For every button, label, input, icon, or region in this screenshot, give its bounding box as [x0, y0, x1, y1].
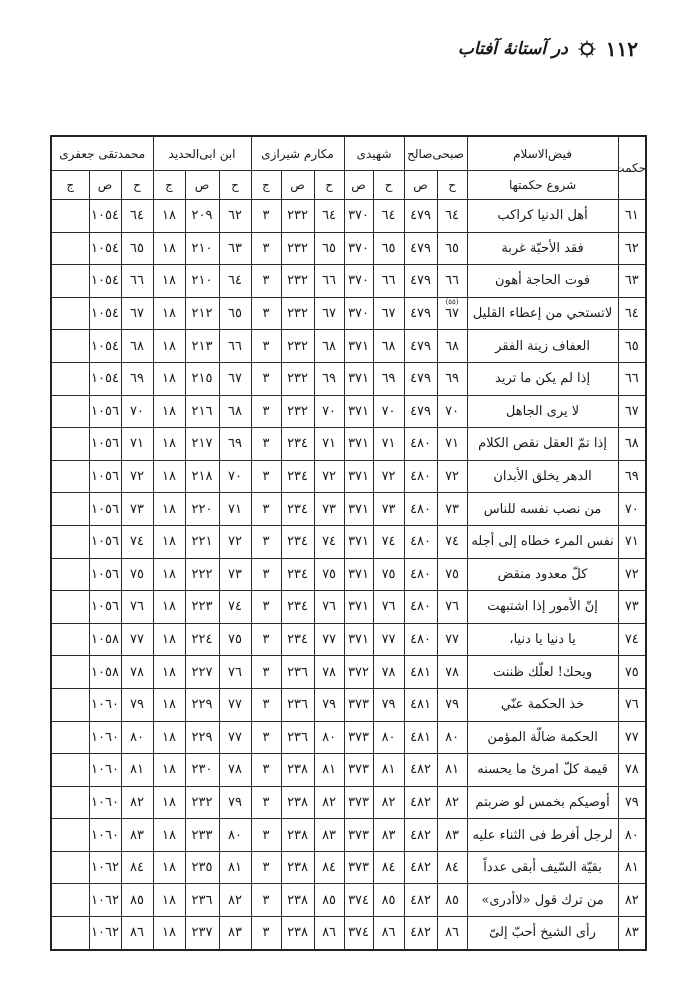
iah-s-cell: ٢١٧: [185, 428, 219, 461]
jafari-h-cell: ٧٦: [121, 591, 153, 624]
jafari-h-cell: ٨٣: [121, 819, 153, 852]
hikmat-title: نفس المرء خطاه إلى أجله: [467, 525, 618, 558]
shahidi-h-cell: ٧٤: [373, 525, 404, 558]
iah-s-cell: ٢١٠: [185, 232, 219, 265]
sobhi-s-cell: ٤٧٩: [404, 200, 437, 233]
jafari-h-cell: ٧٥: [121, 558, 153, 591]
makarem-h-cell: ٨١: [314, 754, 344, 787]
iah-s-cell: ٢٢٤: [185, 623, 219, 656]
table-row: ٦٤ لاتستحي من إعطاء القليل ٦٧(٥٥) ٤٧٩ ٦٧…: [51, 297, 646, 330]
hikmat-number: ٦٥: [618, 330, 646, 363]
hikmat-title: الحكمة ضالّة المؤمن: [467, 721, 618, 754]
iah-h-cell: ٧٧: [219, 721, 251, 754]
shahidi-h-cell: ٧٣: [373, 493, 404, 526]
iah-s-cell: ٢٢٩: [185, 721, 219, 754]
sobhi-s-cell: ٤٨٠: [404, 428, 437, 461]
iah-s-cell: ٢٣٣: [185, 819, 219, 852]
hikmat-number: ٧٥: [618, 656, 646, 689]
makarem-s-cell: ٢٣٨: [281, 917, 314, 950]
iah-j-cell: ١٨: [153, 884, 185, 917]
sobhi-header: صبحی‌صالح: [404, 136, 467, 171]
iah-s-cell: ٢٢٧: [185, 656, 219, 689]
makarem-h-subheader: ح: [314, 171, 344, 200]
shahidi-h-cell: ٨٠: [373, 721, 404, 754]
shahidi-s-cell: ٣٧١: [344, 591, 373, 624]
shahidi-h-cell: ٧١: [373, 428, 404, 461]
makarem-h-cell: ٦٤: [314, 200, 344, 233]
makarem-j-cell: ٣: [251, 558, 281, 591]
shahidi-h-cell: ٦٦: [373, 265, 404, 298]
jafari-h-cell: ٧٢: [121, 460, 153, 493]
shahidi-s-cell: ٣٧٠: [344, 232, 373, 265]
makarem-s-cell: ٢٣٢: [281, 362, 314, 395]
shahidi-s-cell: ٣٧١: [344, 558, 373, 591]
shahidi-h-subheader: ح: [373, 171, 404, 200]
makarem-s-cell: ٢٣٦: [281, 688, 314, 721]
jafari-h-cell: ٧٣: [121, 493, 153, 526]
hikmat-title: يا دنيا يا دنيا،: [467, 623, 618, 656]
jafari-h-cell: ٧١: [121, 428, 153, 461]
jafari-h-cell: ٨١: [121, 754, 153, 787]
page-header: ١١٢ در آستانهٔ آفتاب: [458, 34, 638, 64]
sobhi-s-cell: ٤٨٠: [404, 591, 437, 624]
table-row: ٧٢ كلّ معدود منقض ٧٥ ٤٨٠ ٧٥ ٣٧١ ٧٥ ٢٣٤ ٣…: [51, 558, 646, 591]
hikmat-title: العفاف زينة الفقر: [467, 330, 618, 363]
iah-j-cell: ١٨: [153, 656, 185, 689]
iah-j-cell: ١٨: [153, 558, 185, 591]
sobhi-h-cell: ٨٤: [437, 851, 467, 884]
shahidi-s-cell: ٣٧١: [344, 330, 373, 363]
jafari-j-cell: [51, 917, 89, 950]
jafari-s-cell: ١٠٥٦: [89, 591, 121, 624]
iah-j-cell: ١٨: [153, 754, 185, 787]
makarem-s-cell: ٢٣٦: [281, 721, 314, 754]
iah-s-cell: ٢٣٦: [185, 884, 219, 917]
makarem-s-cell: ٢٣٨: [281, 884, 314, 917]
hikmat-number: ٦٦: [618, 362, 646, 395]
makarem-j-cell: ٣: [251, 851, 281, 884]
jafari-h-cell: ٧٠: [121, 395, 153, 428]
makarem-h-cell: ٨٥: [314, 884, 344, 917]
hikmat-number: ٧٦: [618, 688, 646, 721]
hikmat-number: ٧٩: [618, 786, 646, 819]
sobhi-s-cell: ٤٧٩: [404, 297, 437, 330]
hikmat-title: لاتستحي من إعطاء القليل: [467, 297, 618, 330]
table-row: ٨٣ رأى الشيخ أحبّ إلىّ ٨٦ ٤٨٢ ٨٦ ٣٧٤ ٨٦ …: [51, 917, 646, 950]
shahidi-s-cell: ٣٧٢: [344, 656, 373, 689]
makarem-j-cell: ٣: [251, 460, 281, 493]
iah-s-cell: ٢١٢: [185, 297, 219, 330]
shahidi-h-cell: ٧٩: [373, 688, 404, 721]
jafari-j-cell: [51, 721, 89, 754]
iah-s-cell: ٢٢٢: [185, 558, 219, 591]
jafari-j-cell: [51, 819, 89, 852]
jafari-j-cell: [51, 884, 89, 917]
jafari-j-cell: [51, 232, 89, 265]
hikmat-number: ٧٧: [618, 721, 646, 754]
hikmat-title: كلّ معدود منقض: [467, 558, 618, 591]
jafari-s-cell: ١٠٥٦: [89, 493, 121, 526]
hikmat-number: ٧٤: [618, 623, 646, 656]
shahidi-s-cell: ٣٧١: [344, 525, 373, 558]
table-row: ٦٢ فقد الأحبّة غربة ٦٥ ٤٧٩ ٦٥ ٣٧٠ ٦٥ ٢٣٢…: [51, 232, 646, 265]
makarem-s-cell: ٢٣٢: [281, 395, 314, 428]
iah-s-cell: ٢١٠: [185, 265, 219, 298]
makarem-s-cell: ٢٣٨: [281, 754, 314, 787]
table-row: ٧٤ يا دنيا يا دنيا، ٧٧ ٤٨٠ ٧٧ ٣٧١ ٧٧ ٢٣٤…: [51, 623, 646, 656]
makarem-h-cell: ٧٤: [314, 525, 344, 558]
iah-j-cell: ١٨: [153, 819, 185, 852]
iah-j-cell: ١٨: [153, 525, 185, 558]
sobhi-h-cell: ٨٦: [437, 917, 467, 950]
jafari-h-cell: ٨٠: [121, 721, 153, 754]
makarem-h-cell: ٨٤: [314, 851, 344, 884]
jafari-j-cell: [51, 362, 89, 395]
shahidi-s-subheader: ص: [344, 171, 373, 200]
table-row: ٦٥ العفاف زينة الفقر ٦٨ ٤٧٩ ٦٨ ٣٧١ ٦٨ ٢٣…: [51, 330, 646, 363]
jafari-s-cell: ١٠٦٢: [89, 917, 121, 950]
sobhi-h-cell: ٦٩: [437, 362, 467, 395]
iah-j-cell: ١٨: [153, 362, 185, 395]
sobhi-s-cell: ٤٧٩: [404, 265, 437, 298]
book-title: در آستانهٔ آفتاب: [458, 39, 568, 59]
table-row: ٧٠ من نصب نفسه للناس ٧٣ ٤٨٠ ٧٣ ٣٧١ ٧٣ ٢٣…: [51, 493, 646, 526]
jafari-j-cell: [51, 851, 89, 884]
hikmat-number: ٦١: [618, 200, 646, 233]
makarem-h-cell: ٧١: [314, 428, 344, 461]
sobhi-h-cell: ٨٠: [437, 721, 467, 754]
makarem-j-cell: ٣: [251, 265, 281, 298]
makarem-j-cell: ٣: [251, 688, 281, 721]
sobhi-h-cell: ٨٥: [437, 884, 467, 917]
sobhi-s-cell: ٤٨٢: [404, 819, 437, 852]
sobhi-s-cell: ٤٧٩: [404, 330, 437, 363]
iah-h-cell: ٧٢: [219, 525, 251, 558]
hikmat-title: إذا تمّ العقل نقص الكلام: [467, 428, 618, 461]
makarem-s-cell: ٢٣٢: [281, 200, 314, 233]
shahidi-h-cell: ٧٨: [373, 656, 404, 689]
jafari-s-cell: ١٠٥٤: [89, 330, 121, 363]
makarem-j-cell: ٣: [251, 884, 281, 917]
iah-s-cell: ٢١٥: [185, 362, 219, 395]
jafari-header: محمدتقی جعفری: [51, 136, 153, 171]
sobhi-s-cell: ٤٨٠: [404, 623, 437, 656]
makarem-j-cell: ٣: [251, 330, 281, 363]
iah-j-cell: ١٨: [153, 917, 185, 950]
makarem-s-cell: ٢٣٢: [281, 232, 314, 265]
hikmat-title: بقيّة السّيف أبقى عدداً: [467, 851, 618, 884]
hikmat-title: رأى الشيخ أحبّ إلىّ: [467, 917, 618, 950]
iah-s-cell: ٢٢١: [185, 525, 219, 558]
jafari-s-cell: ١٠٥٦: [89, 525, 121, 558]
iah-j-cell: ١٨: [153, 786, 185, 819]
jafari-h-cell: ٧٩: [121, 688, 153, 721]
hikmat-title: خذ الحكمة عنّي: [467, 688, 618, 721]
jafari-s-cell: ١٠٦٠: [89, 721, 121, 754]
shahidi-h-cell: ٦٥: [373, 232, 404, 265]
table-row: ٨١ بقيّة السّيف أبقى عدداً ٨٤ ٤٨٢ ٨٤ ٣٧٣…: [51, 851, 646, 884]
shahidi-h-cell: ٧٢: [373, 460, 404, 493]
shahidi-s-cell: ٣٧١: [344, 460, 373, 493]
makarem-h-cell: ٧٥: [314, 558, 344, 591]
shahidi-s-cell: ٣٧٣: [344, 688, 373, 721]
makarem-h-cell: ٦٥: [314, 232, 344, 265]
shahidi-s-cell: ٣٧٠: [344, 200, 373, 233]
iah-h-cell: ٧٦: [219, 656, 251, 689]
jafari-s-cell: ١٠٥٨: [89, 656, 121, 689]
iah-j-cell: ١٨: [153, 688, 185, 721]
sobhi-s-cell: ٤٧٩: [404, 395, 437, 428]
sobhi-s-cell: ٤٨١: [404, 656, 437, 689]
iah-h-cell: ٦٨: [219, 395, 251, 428]
footnote-marker: (٥٥): [438, 298, 467, 306]
iah-j-cell: ١٨: [153, 721, 185, 754]
iah-s-cell: ٢٣٥: [185, 851, 219, 884]
iah-h-cell: ٧٨: [219, 754, 251, 787]
jafari-h-cell: ٦٩: [121, 362, 153, 395]
jafari-j-cell: [51, 525, 89, 558]
shahidi-s-cell: ٣٧١: [344, 428, 373, 461]
iah-s-cell: ٢١٨: [185, 460, 219, 493]
iah-j-cell: ١٨: [153, 395, 185, 428]
makarem-h-cell: ٧٣: [314, 493, 344, 526]
shahidi-h-cell: ٨٣: [373, 819, 404, 852]
jafari-h-cell: ٧٨: [121, 656, 153, 689]
hikmat-number: ٦٣: [618, 265, 646, 298]
header-row-groups: حکمت فيض‌الاسلام صبحی‌صالح شهیدی مكارم ش…: [51, 136, 646, 171]
jafari-s-cell: ١٠٥٦: [89, 395, 121, 428]
iah-j-cell: ١٨: [153, 591, 185, 624]
hikmat-number: ٨٣: [618, 917, 646, 950]
hikmat-title: قيمة كلّ امرئ ما يحسنه: [467, 754, 618, 787]
page-number: ١١٢: [606, 37, 638, 61]
iah-j-cell: ١٨: [153, 200, 185, 233]
iah-s-cell: ٢٣٢: [185, 786, 219, 819]
hikmat-number: ٧٣: [618, 591, 646, 624]
table-row: ٨٠ لرجل أفرط فى الثناء عليه ٨٣ ٤٨٢ ٨٣ ٣٧…: [51, 819, 646, 852]
shahidi-s-cell: ٣٧٠: [344, 265, 373, 298]
ibn-abi-hadid-header: ابن ابی‌الحدید: [153, 136, 251, 171]
hikmat-title: فوت الحاجة أهون: [467, 265, 618, 298]
shahidi-h-cell: ٨٤: [373, 851, 404, 884]
shahidi-h-cell: ٨٥: [373, 884, 404, 917]
shahidi-s-cell: ٣٧٣: [344, 754, 373, 787]
iah-h-cell: ٧٧: [219, 688, 251, 721]
jafari-h-cell: ٨٤: [121, 851, 153, 884]
makarem-s-cell: ٢٣٨: [281, 819, 314, 852]
table-body: ٦١ أهل الدنيا كراكب ٦٤ ٤٧٩ ٦٤ ٣٧٠ ٦٤ ٢٣٢…: [51, 200, 646, 950]
makarem-h-cell: ٧٦: [314, 591, 344, 624]
hikmat-title: من ترك قول «لاأدرى»: [467, 884, 618, 917]
makarem-j-subheader: ج: [251, 171, 281, 200]
hikmat-title: لا يرى الجاهل: [467, 395, 618, 428]
iah-s-cell: ٢٣٧: [185, 917, 219, 950]
sobhi-h-cell: ٨٢: [437, 786, 467, 819]
makarem-s-cell: ٢٣٢: [281, 330, 314, 363]
sobhi-s-cell: ٤٧٩: [404, 232, 437, 265]
shahidi-h-cell: ٨٢: [373, 786, 404, 819]
iah-s-cell: ٢٢٠: [185, 493, 219, 526]
hikmat-number: ٦٢: [618, 232, 646, 265]
makarem-s-cell: ٢٣٤: [281, 428, 314, 461]
sobhi-s-subheader: ص: [404, 171, 437, 200]
sobhi-s-cell: ٤٨٢: [404, 917, 437, 950]
sobhi-s-cell: ٤٨٠: [404, 493, 437, 526]
jafari-h-cell: ٨٦: [121, 917, 153, 950]
sobhi-h-cell: ٧٧: [437, 623, 467, 656]
jafari-j-cell: [51, 754, 89, 787]
makarem-h-cell: ٧٧: [314, 623, 344, 656]
makarem-h-cell: ٨٣: [314, 819, 344, 852]
hikmat-number: ٦٨: [618, 428, 646, 461]
iah-h-cell: ٧٣: [219, 558, 251, 591]
hikmat-title: إنّ الأمور إذا اشتبهت: [467, 591, 618, 624]
iah-s-subheader: ص: [185, 171, 219, 200]
makarem-h-cell: ٨٢: [314, 786, 344, 819]
makarem-s-cell: ٢٣٤: [281, 525, 314, 558]
makarem-s-cell: ٢٣٤: [281, 623, 314, 656]
jafari-s-cell: ١٠٦٠: [89, 819, 121, 852]
makarem-j-cell: ٣: [251, 297, 281, 330]
sobhi-s-cell: ٤٨١: [404, 688, 437, 721]
iah-j-cell: ١٨: [153, 330, 185, 363]
jafari-j-cell: [51, 493, 89, 526]
makarem-h-cell: ٨٠: [314, 721, 344, 754]
makarem-j-cell: ٣: [251, 493, 281, 526]
jafari-s-cell: ١٠٥٦: [89, 460, 121, 493]
jafari-h-cell: ٧٤: [121, 525, 153, 558]
shahidi-h-cell: ٧٧: [373, 623, 404, 656]
iah-h-cell: ٧١: [219, 493, 251, 526]
jafari-s-cell: ١٠٥٤: [89, 362, 121, 395]
hikmat-title: الدهر يخلق الأبدان: [467, 460, 618, 493]
table-row: ٦٧ لا يرى الجاهل ٧٠ ٤٧٩ ٧٠ ٣٧١ ٧٠ ٢٣٢ ٣ …: [51, 395, 646, 428]
iah-h-cell: ٨١: [219, 851, 251, 884]
jafari-j-cell: [51, 558, 89, 591]
shahidi-h-cell: ٦٨: [373, 330, 404, 363]
iah-j-cell: ١٨: [153, 623, 185, 656]
sobhi-h-cell: ٧٩: [437, 688, 467, 721]
sobhi-h-cell: ٨٣: [437, 819, 467, 852]
shahidi-s-cell: ٣٧٣: [344, 721, 373, 754]
makarem-j-cell: ٣: [251, 232, 281, 265]
jafari-j-cell: [51, 460, 89, 493]
shahidi-h-cell: ٧٦: [373, 591, 404, 624]
hikmat-number: ٨٢: [618, 884, 646, 917]
table-row: ٦٣ فوت الحاجة أهون ٦٦ ٤٧٩ ٦٦ ٣٧٠ ٦٦ ٢٣٢ …: [51, 265, 646, 298]
jafari-h-cell: ٦٨: [121, 330, 153, 363]
iah-h-cell: ٦٧: [219, 362, 251, 395]
jafari-s-cell: ١٠٥٤: [89, 232, 121, 265]
hikmat-title: فقد الأحبّة غربة: [467, 232, 618, 265]
jafari-j-cell: [51, 428, 89, 461]
makarem-j-cell: ٣: [251, 395, 281, 428]
iah-h-cell: ٧٤: [219, 591, 251, 624]
iah-h-cell: ٨٣: [219, 917, 251, 950]
jafari-j-subheader: ج: [51, 171, 89, 200]
table-row: ٨٢ من ترك قول «لاأدرى» ٨٥ ٤٨٢ ٨٥ ٣٧٤ ٨٥ …: [51, 884, 646, 917]
jafari-h-cell: ٨٥: [121, 884, 153, 917]
makarem-j-cell: ٣: [251, 786, 281, 819]
table-row: ٦٨ إذا تمّ العقل نقص الكلام ٧١ ٤٨٠ ٧١ ٣٧…: [51, 428, 646, 461]
shahidi-s-cell: ٣٧٤: [344, 884, 373, 917]
jafari-j-cell: [51, 591, 89, 624]
sobhi-s-cell: ٤٨٢: [404, 884, 437, 917]
shahidi-s-cell: ٣٧٣: [344, 786, 373, 819]
table-row: ٧٨ قيمة كلّ امرئ ما يحسنه ٨١ ٤٨٢ ٨١ ٣٧٣ …: [51, 754, 646, 787]
hikmat-number: ٧١: [618, 525, 646, 558]
sobhi-h-cell: ٧٤: [437, 525, 467, 558]
jafari-s-cell: ١٠٦٠: [89, 688, 121, 721]
iah-j-cell: ١٨: [153, 851, 185, 884]
sobhi-h-subheader: ح: [437, 171, 467, 200]
shahidi-h-cell: ٦٩: [373, 362, 404, 395]
makarem-s-cell: ٢٣٤: [281, 591, 314, 624]
shahidi-h-cell: ٨٦: [373, 917, 404, 950]
makarem-j-cell: ٣: [251, 362, 281, 395]
iah-h-cell: ٦٩: [219, 428, 251, 461]
makarem-header: مكارم شيرازى: [251, 136, 344, 171]
makarem-j-cell: ٣: [251, 623, 281, 656]
iah-s-cell: ٢٢٣: [185, 591, 219, 624]
makarem-s-cell: ٢٣٦: [281, 656, 314, 689]
makarem-s-cell: ٢٣٢: [281, 265, 314, 298]
makarem-h-cell: ٦٦: [314, 265, 344, 298]
makarem-s-cell: ٢٣٤: [281, 493, 314, 526]
sobhi-s-cell: ٤٨٢: [404, 851, 437, 884]
sobhi-s-cell: ٤٨٢: [404, 754, 437, 787]
sobhi-h-cell: ٦٦: [437, 265, 467, 298]
shahidi-s-cell: ٣٧١: [344, 623, 373, 656]
sobhi-s-cell: ٤٨٠: [404, 525, 437, 558]
jafari-h-cell: ٧٧: [121, 623, 153, 656]
jafari-s-cell: ١٠٦٠: [89, 786, 121, 819]
sobhi-h-cell: ٦٨: [437, 330, 467, 363]
sobhi-h-cell: ٧٠: [437, 395, 467, 428]
hikmat-title: أوصيكم بخمس لو ضربتم: [467, 786, 618, 819]
shahidi-h-cell: ٦٤: [373, 200, 404, 233]
makarem-s-cell: ٢٣٢: [281, 297, 314, 330]
header-row-sub: شروع حكمتها ح ص ح ص ح ص ج ح ص ج ح ص ج: [51, 171, 646, 200]
shahidi-header: شهیدی: [344, 136, 404, 171]
hikmat-header: حکمت: [618, 136, 646, 200]
shahidi-h-cell: ٧٠: [373, 395, 404, 428]
hikmat-number: ٦٤: [618, 297, 646, 330]
hikmat-title: لرجل أفرط فى الثناء عليه: [467, 819, 618, 852]
sobhi-h-cell: ٧٢: [437, 460, 467, 493]
iah-h-cell: ٦٦: [219, 330, 251, 363]
shahidi-s-cell: ٣٧٤: [344, 917, 373, 950]
sobhi-s-cell: ٤٧٩: [404, 362, 437, 395]
hikmat-title: من نصب نفسه للناس: [467, 493, 618, 526]
iah-j-subheader: ج: [153, 171, 185, 200]
iah-h-cell: ٦٥: [219, 297, 251, 330]
iah-h-cell: ٧٠: [219, 460, 251, 493]
shahidi-h-cell: ٨١: [373, 754, 404, 787]
iah-s-cell: ٢٠٩: [185, 200, 219, 233]
jafari-j-cell: [51, 330, 89, 363]
shahidi-h-cell: ٦٧: [373, 297, 404, 330]
hikmat-title: أهل الدنيا كراكب: [467, 200, 618, 233]
table-row: ٧١ نفس المرء خطاه إلى أجله ٧٤ ٤٨٠ ٧٤ ٣٧١…: [51, 525, 646, 558]
sobhi-s-cell: ٤٨٠: [404, 460, 437, 493]
makarem-j-cell: ٣: [251, 200, 281, 233]
makarem-j-cell: ٣: [251, 917, 281, 950]
jafari-j-cell: [51, 395, 89, 428]
iah-j-cell: ١٨: [153, 493, 185, 526]
iah-h-cell: ٨٠: [219, 819, 251, 852]
iah-h-cell: ٦٢: [219, 200, 251, 233]
